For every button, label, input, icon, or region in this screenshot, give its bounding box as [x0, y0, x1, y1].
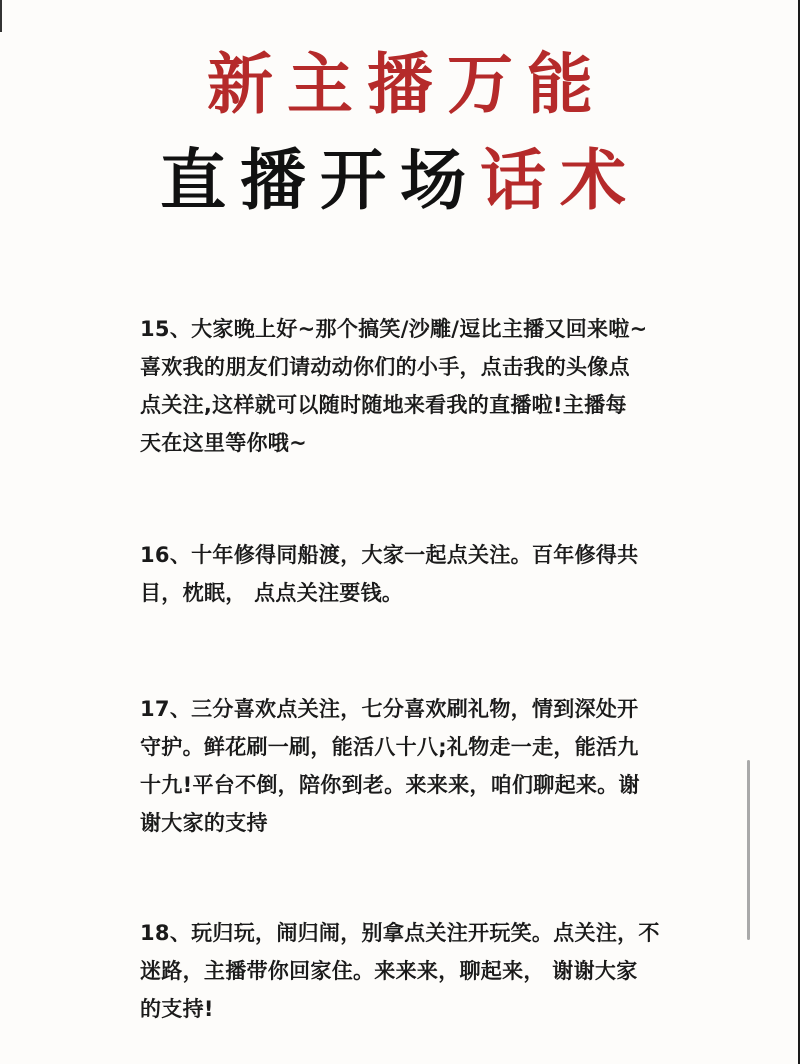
- corner-edge-mark: [0, 0, 2, 32]
- entry-line: 16、十年修得同船渡，大家一起点关注。百年修得共: [140, 536, 660, 574]
- entry-line: 点关注,这样就可以随时随地来看我的直播啦!主播每: [140, 386, 660, 424]
- entry-line: 15、大家晚上好~那个搞笑/沙雕/逗比主播又回来啦~: [140, 310, 660, 348]
- title-line-1: 新主播万能: [14, 40, 800, 130]
- entry-line: 18、玩归玩，闹归闹，别拿点关注开玩笑。点关注，不: [140, 914, 660, 952]
- entry-line: 的支持!: [140, 990, 660, 1028]
- entry-15: 15、大家晚上好~那个搞笑/沙雕/逗比主播又回来啦~ 喜欢我的朋友们请动动你们的…: [140, 310, 660, 462]
- page-title: 新主播万能 直播开场话术: [0, 40, 800, 226]
- entry-line: 守护。鲜花刷一刷，能活八十八;礼物走一走，能活九: [140, 728, 660, 766]
- vertical-scrollbar[interactable]: [747, 760, 750, 940]
- entry-17: 17、三分喜欢点关注，七分喜欢刷礼物，情到深处开 守护。鲜花刷一刷，能活八十八;…: [140, 690, 660, 842]
- entry-line: 天在这里等你哦~: [140, 424, 660, 462]
- entry-line: 迷路，主播带你回家住。来来来，聊起来， 谢谢大家: [140, 952, 660, 990]
- entry-18: 18、玩归玩，闹归闹，别拿点关注开玩笑。点关注，不 迷路，主播带你回家住。来来来…: [140, 914, 660, 1028]
- entry-line: 谢大家的支持: [140, 804, 660, 842]
- entry-line: 喜欢我的朋友们请动动你们的小手，点击我的头像点: [140, 348, 660, 386]
- title-line-2-black: 直播开场: [160, 142, 480, 219]
- title-line-2-red: 话术: [480, 142, 640, 219]
- title-line-2: 直播开场话术: [0, 136, 800, 226]
- entry-16: 16、十年修得同船渡，大家一起点关注。百年修得共 目，枕眠， 点点关注要钱。: [140, 536, 660, 612]
- entry-line: 目，枕眠， 点点关注要钱。: [140, 574, 660, 612]
- entry-line: 十九!平台不倒，陪你到老。来来来，咱们聊起来。谢: [140, 766, 660, 804]
- entry-line: 17、三分喜欢点关注，七分喜欢刷礼物，情到深处开: [140, 690, 660, 728]
